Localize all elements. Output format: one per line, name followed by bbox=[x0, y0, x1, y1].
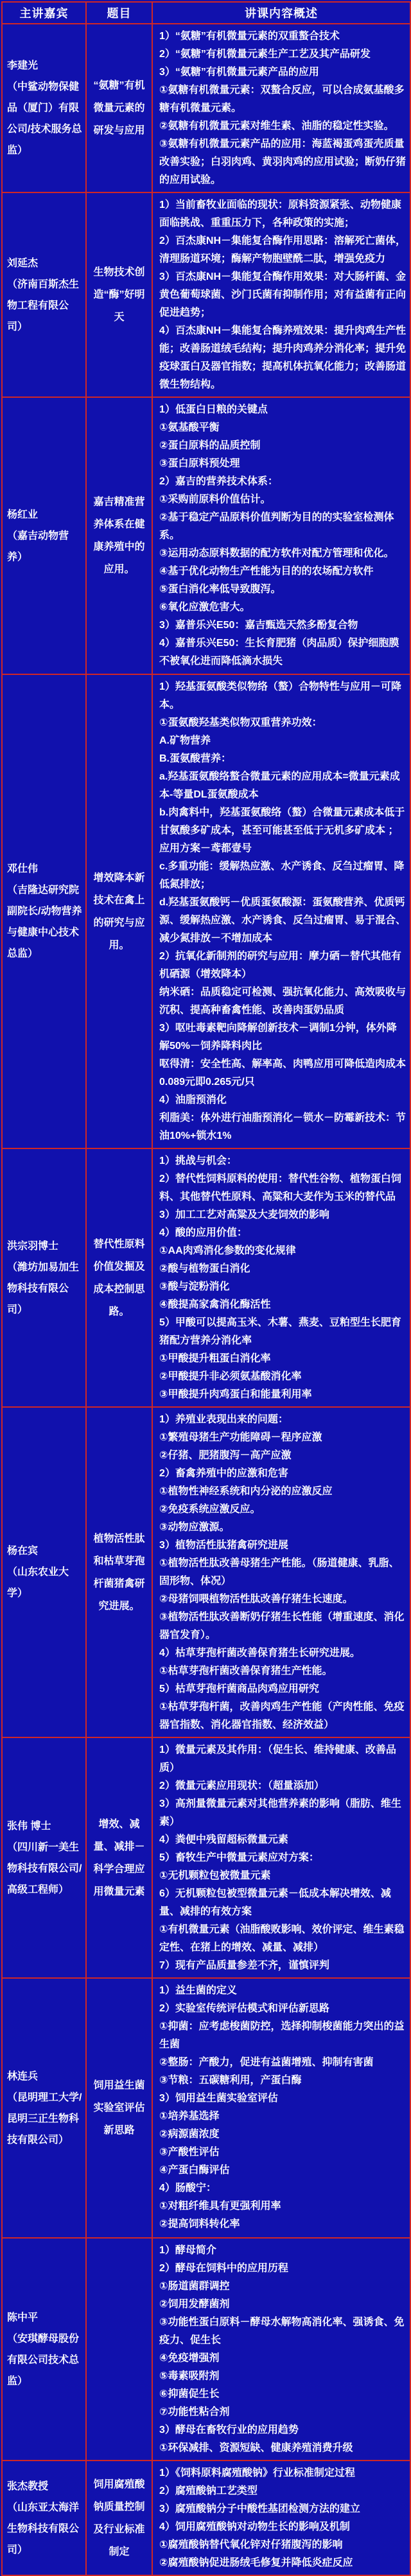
content-line: ③甲酸提升肉鸡蛋白和能量利用率 bbox=[159, 1386, 406, 1404]
content-line: 3）饲用益生菌实验室评估 bbox=[159, 2090, 406, 2108]
content-cell: 1）益生菌的定义2）实验室传统评估模式和评估新思路①抑菌：应考虑梭菌防控，选择抑… bbox=[152, 1978, 410, 2238]
content-line: 2）百杰康NH－集能复合酶作用思路：溶解死亡菌体，清理肠道环境；酶解产物胞壁酰二… bbox=[159, 232, 406, 268]
content-line: ④基于优化动物生产性能为目的的农场配方软件 bbox=[159, 563, 406, 581]
content-cell: 1）微量元素及其作用：（促生长、维持健康、改善品质）2）微量元素应用现状：（超量… bbox=[152, 1737, 410, 1978]
content-line: 1）养殖业表现出来的问题： bbox=[159, 1411, 406, 1429]
content-line: ①环保减排、资源短缺、健康养殖消费升级 bbox=[159, 2439, 406, 2457]
lecture-schedule-table: 主讲嘉宾 题目 讲课内容概述 李建光（中鲨动物保健品（厦门）有限公司/技术服务总… bbox=[1, 1, 411, 2576]
content-line: ②整肠：产酸力，促进有益菌增殖、抑制有害菌 bbox=[159, 2054, 406, 2072]
content-line: 1）微量元素及其作用：（促生长、维持健康、改善品质） bbox=[159, 1741, 406, 1777]
table-row: 陈中平（安琪酵母股份有限公司技术总监）1）酵母简介2）酵母在饲料中的应用历程①肠… bbox=[2, 2238, 410, 2461]
speaker-name: 邓仕伟 bbox=[7, 858, 83, 880]
header-row: 主讲嘉宾 题目 讲课内容概述 bbox=[2, 2, 410, 24]
content-line: ①肠道菌群调控 bbox=[159, 2278, 406, 2296]
table-row: 洪宗羽博士（潍坊加易加生物科技有限公司）替代性原料价值发掘及成本控制思路。1）挑… bbox=[2, 1148, 410, 1407]
speaker-org: （四川新一美生物科技有限公司/高级工程师） bbox=[7, 1837, 83, 1900]
content-line: 2）“氨糖”有机微量元素生产工艺及其产品研发 bbox=[159, 46, 406, 64]
speaker-cell: 张杰教授（山东亚太海洋生物科技有限公司） bbox=[2, 2461, 86, 2575]
content-line: 2）微量元素应用现状：（超量添加） bbox=[159, 1777, 406, 1795]
speaker-org: （嘉吉动物营养） bbox=[7, 525, 83, 568]
header-topic: 题目 bbox=[86, 2, 152, 24]
content-line: ①枯草芽孢杆菌改善保育猪生产性能。 bbox=[159, 1662, 406, 1680]
content-line: 4）油脂预消化 bbox=[159, 1091, 406, 1109]
topic-text: 生物技术创造“酶”好明天 bbox=[89, 261, 150, 328]
content-line: 7）现有产品质量参差不齐，谨慎评判 bbox=[159, 1957, 406, 1975]
table-row: 张伟 博士（四川新一美生物科技有限公司/高级工程师）增效、减量、减排－科学合理应… bbox=[2, 1737, 410, 1978]
content-line: ②蛋白原料的品质控制 bbox=[159, 437, 406, 455]
content-line: 4）嘉普乐兴E50：生长育肥猪（肉品质）保护细胞膜不被氧化进而降低滴水损失 bbox=[159, 635, 406, 670]
content-line: ①枯草芽孢杆菌，改善肉鸡生产性能（产肉性能、免疫器官指数、消化器官指数、经济效益… bbox=[159, 1698, 406, 1734]
content-line: ①甲酸提升粗蛋白消化率 bbox=[159, 1350, 406, 1368]
speaker-org: （安琪酵母股份有限公司技术总监） bbox=[7, 2328, 83, 2392]
content-cell: 1）羟基蛋氨酸类似物络（螯）合物特性与应用－可降本。①蛋氨酸羟基类似物双重营养功… bbox=[152, 674, 410, 1148]
content-line: 5）畜牧生产中微量元素应对方案： bbox=[159, 1849, 406, 1867]
content-line: ①腐殖酸钠替代氧化锌对仔猪腹泻的影响 bbox=[159, 2536, 406, 2554]
table-row: 林连兵（昆明理工大学/昆明三正生物科技有限公司）饲用益生菌实验室评估新思路1）益… bbox=[2, 1978, 410, 2238]
content-line: 2）抗氧化新制剂的研究与应用：摩力硒－替代其他有机硒源（增效降本） bbox=[159, 948, 406, 984]
content-cell: 1）挑战与机会：2）替代性饲料原料的使用：替代性谷物、植物蛋白饲料、其他替代性原… bbox=[152, 1148, 410, 1407]
content-line: ③植物活性肽改善断奶仔猪生长性能（增重速度、消化器官发育）。 bbox=[159, 1608, 406, 1644]
content-line: a.羟基蛋氨酸络螯合微量元素的应用成本=微量元素成本-等量DL蛋氨酸成本 bbox=[159, 768, 406, 804]
content-line: 2）替代性饲料原料的使用：替代性谷物、植物蛋白饲料、其他替代性原料、高粱和大麦作… bbox=[159, 1170, 406, 1206]
speaker-cell: 李建光（中鲨动物保健品（厦门）有限公司/技术服务总监） bbox=[2, 24, 86, 192]
content-line: ①对粗纤维具有更强利用率 bbox=[159, 2197, 406, 2215]
content-line: 1）“氨糖”有机微量元素的双重螯合技术 bbox=[159, 28, 406, 46]
table-body: 李建光（中鲨动物保健品（厦门）有限公司/技术服务总监）“氨糖”有机微量元素的研发… bbox=[2, 24, 410, 2575]
content-line: 3）酵母在畜牧行业的应用趋势 bbox=[159, 2421, 406, 2439]
content-line: ②腐殖酸钠促进肠绒毛修复并降低炎症反应 bbox=[159, 2554, 406, 2572]
speaker-org: （济南百斯杰生物工程有限公司） bbox=[7, 274, 83, 337]
speaker-org: （潍坊加易加生物科技有限公司） bbox=[7, 1257, 83, 1320]
content-line: 1）当前畜牧业面临的现状：原料资源紧张、动物健康面临挑战、重重压力下，各种政策的… bbox=[159, 196, 406, 232]
content-line: 5）甲酸可以提高玉米、木薯、燕麦、豆粕型生长肥育猪配方营养分消化率 bbox=[159, 1314, 406, 1350]
speaker-cell: 张伟 博士（四川新一美生物科技有限公司/高级工程师） bbox=[2, 1737, 86, 1978]
content-line: ⑤蛋白消化率低导致腹泻。 bbox=[159, 581, 406, 599]
speaker-cell: 林连兵（昆明理工大学/昆明三正生物科技有限公司） bbox=[2, 1978, 86, 2238]
content-line: ③运用动态原料数据的配方软件对配方管理和优化。 bbox=[159, 545, 406, 563]
table-row: 刘延杰（济南百斯杰生物工程有限公司）生物技术创造“酶”好明天1）当前畜牧业面临的… bbox=[2, 192, 410, 397]
content-line: 6）无机颗粒包被型微量元素－低成本解决增效、减量、减排的有效方案 bbox=[159, 1885, 406, 1921]
content-line: 4）酸的应用价值： bbox=[159, 1224, 406, 1242]
content-line: A.矿物营养 bbox=[159, 732, 406, 750]
speaker-org: （山东亚太海洋生物科技有限公司） bbox=[7, 2497, 83, 2561]
content-line: 1）《饲料原料腐殖酸钠》行业标准制定过程 bbox=[159, 2464, 406, 2482]
table-row: 李建光（中鲨动物保健品（厦门）有限公司/技术服务总监）“氨糖”有机微量元素的研发… bbox=[2, 24, 410, 192]
topic-cell: 生物技术创造“酶”好明天 bbox=[86, 192, 152, 397]
speaker-name: 林连兵 bbox=[7, 2066, 83, 2087]
content-line: 1）酵母简介 bbox=[159, 2242, 406, 2260]
topic-cell: 饲用益生菌实验室评估新思路 bbox=[86, 1978, 152, 2238]
content-line: 3）嘉普乐兴E50：嘉吉甄选天然多酚复合物 bbox=[159, 617, 406, 635]
table-row: 杨红业（嘉吉动物营养）嘉吉精准营养体系在健康养殖中的应用。1）低蛋白日粮的关键点… bbox=[2, 397, 410, 674]
topic-text: “氨糖”有机微量元素的研发与应用 bbox=[89, 74, 150, 142]
content-line: 3）植物活性肽猪禽研究进展 bbox=[159, 1537, 406, 1555]
topic-text: 饲用腐殖酸钠质量控制及行业标准制定 bbox=[89, 2473, 150, 2563]
content-line: 4）百杰康NH－集能复合酶养殖效果：提升肉鸡生产性能；改善肠道绒毛结构；提升肉鸡… bbox=[159, 322, 406, 394]
content-line: ①氨基酸平衡 bbox=[159, 419, 406, 437]
content-cell: 1）养殖业表现出来的问题：①繁殖母猪生产功能障碍－程序应激②仔猪、肥猪腹泻－高产… bbox=[152, 1407, 410, 1737]
content-line: ②饲用发酵菌剂 bbox=[159, 2296, 406, 2314]
speaker-name: 陈中平 bbox=[7, 2307, 83, 2328]
topic-cell bbox=[86, 2238, 152, 2461]
topic-cell: 饲用腐殖酸钠质量控制及行业标准制定 bbox=[86, 2461, 152, 2575]
content-line: ①采购前原料价值估计。 bbox=[159, 491, 406, 509]
content-line: 纳米硒：品质稳定可检测、强抗氧化能力、高效吸收与沉积、提高种畜禽性能、改善肉蛋奶… bbox=[159, 984, 406, 1019]
content-line: 1）羟基蛋氨酸类似物络（螯）合物特性与应用－可降本。 bbox=[159, 678, 406, 714]
speaker-name: 刘延杰 bbox=[7, 253, 83, 274]
content-line: ②酸与植物蛋白消化 bbox=[159, 1260, 406, 1278]
speaker-cell: 刘延杰（济南百斯杰生物工程有限公司） bbox=[2, 192, 86, 397]
content-line: 1）挑战与机会： bbox=[159, 1152, 406, 1170]
content-line: ③蛋白原料预处理 bbox=[159, 455, 406, 473]
header-summary: 讲课内容概述 bbox=[152, 2, 410, 24]
content-line: ③节粮：五碳糖利用，产蛋白酶 bbox=[159, 2072, 406, 2090]
content-line: ⑤毒素吸附剂 bbox=[159, 2367, 406, 2385]
content-line: b.肉禽料中，羟基蛋氨酸络（螯）合微量元素成本低于甘氨酸多矿成本，甚至可能甚至低… bbox=[159, 804, 406, 858]
topic-cell: 嘉吉精准营养体系在健康养殖中的应用。 bbox=[86, 397, 152, 674]
topic-text: 饲用益生菌实验室评估新思路 bbox=[89, 2074, 150, 2142]
content-line: 1）益生菌的定义 bbox=[159, 1982, 406, 2000]
content-line: ④免疫增强剂 bbox=[159, 2350, 406, 2367]
content-line: B.蛋氨酸营养： bbox=[159, 750, 406, 768]
content-line: ③动物应激源。 bbox=[159, 1519, 406, 1537]
content-line: 2）酵母在饲料中的应用历程 bbox=[159, 2260, 406, 2278]
content-cell: 1）低蛋白日粮的关键点①氨基酸平衡②蛋白原料的品质控制③蛋白原料预处理2）嘉吉的… bbox=[152, 397, 410, 674]
content-line: ⑥氧化应激危害大。 bbox=[159, 599, 406, 617]
speaker-name: 张伟 博士 bbox=[7, 1816, 83, 1837]
content-cell: 1）酵母简介2）酵母在饲料中的应用历程①肠道菌群调控②饲用发酵菌剂③功能性蛋白原… bbox=[152, 2238, 410, 2461]
content-line: 3）腐殖酸钠分子中酸性基团检测方法的建立 bbox=[159, 2500, 406, 2518]
content-line: 2）畜禽养殖中的应激和危害 bbox=[159, 1465, 406, 1483]
table-row: 邓仕伟（吉隆达研究院副院长/动物营养与健康中心技术总监）增效降本新技术在禽上的研… bbox=[2, 674, 410, 1148]
topic-text: 植物活性肽和枯草芽孢杆菌猪禽研究进展。 bbox=[89, 1528, 150, 1617]
speaker-cell: 陈中平（安琪酵母股份有限公司技术总监） bbox=[2, 2238, 86, 2461]
topic-cell: 替代性原料价值发掘及成本控制思路。 bbox=[86, 1148, 152, 1407]
content-line: c.多重功能：缓解热应激、水产诱食、反刍过瘤胃、降低氮排放； bbox=[159, 858, 406, 894]
speaker-cell: 邓仕伟（吉隆达研究院副院长/动物营养与健康中心技术总监） bbox=[2, 674, 86, 1148]
topic-text: 替代性原料价值发掘及成本控制思路。 bbox=[89, 1233, 150, 1323]
content-line: ②提高饲料转化率 bbox=[159, 2215, 406, 2233]
header-speaker: 主讲嘉宾 bbox=[2, 2, 86, 24]
content-line: 呕得清：安全性高、解率高、肉鸭应用可降低造肉成本0.089元即0.265元/只 bbox=[159, 1055, 406, 1091]
content-line: 3）高剂量微量元素对其他营养素的影响（脂肪、维生素） bbox=[159, 1795, 406, 1831]
content-line: 3）“氨糖”有机微量元素产品的应用 bbox=[159, 64, 406, 81]
content-cell: 1）当前畜牧业面临的现状：原料资源紧张、动物健康面临挑战、重重压力下，各种政策的… bbox=[152, 192, 410, 397]
content-line: 4）枯草芽孢杆菌改善保育猪生长研究进展。 bbox=[159, 1644, 406, 1662]
speaker-org: （中鲨动物保健品（厦门）有限公司/技术服务总监） bbox=[7, 76, 83, 161]
topic-text: 增效降本新技术在禽上的研究与应用。 bbox=[89, 867, 150, 957]
content-line: 2）嘉吉的营养技术体系： bbox=[159, 473, 406, 491]
content-line: ⑥抑菌促生长 bbox=[159, 2385, 406, 2403]
content-line: ①培养基选择 bbox=[159, 2108, 406, 2126]
content-line: ②氨糖有机微量元素对维生素、油脂的稳定性实验。 bbox=[159, 117, 406, 135]
content-line: ①氨糖有机微量元素：双螯合反应，可以合成氨基酸多糖有机微量元素。 bbox=[159, 81, 406, 117]
topic-cell: 增效降本新技术在禽上的研究与应用。 bbox=[86, 674, 152, 1148]
table-row: 张杰教授（山东亚太海洋生物科技有限公司）饲用腐殖酸钠质量控制及行业标准制定1）《… bbox=[2, 2461, 410, 2575]
content-line: ②基于稳定产品原料价值判断为目的的实验室检测体系。 bbox=[159, 509, 406, 545]
content-line: 利脂美：体外进行油脂预消化－锁水－防霉新技术：节油10%+锁水1% bbox=[159, 1109, 406, 1145]
content-line: 5）枯草芽孢杆菌商品肉鸡应用研究 bbox=[159, 1680, 406, 1698]
content-line: 1）低蛋白日粮的关键点 bbox=[159, 401, 406, 419]
speaker-cell: 杨在宾（山东农业大学） bbox=[2, 1407, 86, 1737]
speaker-org: （昆明理工大学/昆明三正生物科技有限公司） bbox=[7, 2087, 83, 2151]
content-line: ②母猪饲喂植物活性肽改善仔猪生长速度。 bbox=[159, 1591, 406, 1608]
speaker-cell: 洪宗羽博士（潍坊加易加生物科技有限公司） bbox=[2, 1148, 86, 1407]
content-line: d.羟基蛋氨酸钙－优质蛋氨酸源：蛋氨酸营养、优质钙源、缓解热应激、水产诱食、反刍… bbox=[159, 894, 406, 948]
content-line: ④酸提高家禽消化酶活性 bbox=[159, 1296, 406, 1314]
content-line: ②病源菌浓度 bbox=[159, 2126, 406, 2144]
content-cell: 1）“氨糖”有机微量元素的双重螯合技术2）“氨糖”有机微量元素生产工艺及其产品研… bbox=[152, 24, 410, 192]
content-line: 4）粪便中残留超标微量元素 bbox=[159, 1831, 406, 1849]
content-line: 4）饲用腐殖酸钠对动物生长的影响及机制 bbox=[159, 2518, 406, 2536]
content-line: ①无机颗粒包被微量元素 bbox=[159, 1867, 406, 1885]
speaker-cell: 杨红业（嘉吉动物营养） bbox=[2, 397, 86, 674]
content-line: ④产蛋白酶评估 bbox=[159, 2162, 406, 2179]
topic-cell: 植物活性肽和枯草芽孢杆菌猪禽研究进展。 bbox=[86, 1407, 152, 1737]
content-line: 2）实验室传统评估模式和评估新思路 bbox=[159, 2000, 406, 2018]
table-row: 杨在宾（山东农业大学）植物活性肽和枯草芽孢杆菌猪禽研究进展。1）养殖业表现出来的… bbox=[2, 1407, 410, 1737]
content-line: ③酸与淀粉消化 bbox=[159, 1278, 406, 1296]
content-line: ①植物性神经系统和内分泌的应激反应 bbox=[159, 1483, 406, 1501]
speaker-org: （山东农业大学） bbox=[7, 1562, 83, 1604]
content-line: ②甲酸提升非必须氨基酸消化率 bbox=[159, 1368, 406, 1386]
topic-cell: 增效、减量、减排－科学合理应用微量元素 bbox=[86, 1737, 152, 1978]
content-line: ②免疫系统应激反应。 bbox=[159, 1501, 406, 1519]
content-line: ①植物活性肽改善母猪生产性能。（肠道健康、乳脂、固形物、体况） bbox=[159, 1555, 406, 1591]
topic-text: 嘉吉精准营养体系在健康养殖中的应用。 bbox=[89, 491, 150, 581]
topic-cell: “氨糖”有机微量元素的研发与应用 bbox=[86, 24, 152, 192]
content-line: ③产酸性评估 bbox=[159, 2144, 406, 2162]
content-line: 2）腐殖酸钠工艺类型 bbox=[159, 2482, 406, 2500]
speaker-name: 张杰教授 bbox=[7, 2476, 83, 2497]
content-line: ①有机微量元素（油脂酸败影响、效价评定、维生素稳定性、在猪上的增效、减量、减排） bbox=[159, 1921, 406, 1957]
content-line: ①蛋氨酸羟基类似物双重营养功效： bbox=[159, 714, 406, 732]
content-line: ②仔猪、肥猪腹泻－高产应激 bbox=[159, 1447, 406, 1465]
speaker-name: 洪宗羽博士 bbox=[7, 1236, 83, 1257]
content-line: 3）呕吐毒素靶向降解创新技术－调制1分钟，体外降解50%－饲养降料肉比 bbox=[159, 1019, 406, 1055]
speaker-name: 李建光 bbox=[7, 55, 83, 76]
content-line: ①AA肉鸡消化参数的变化规律 bbox=[159, 1242, 406, 1260]
content-line: ①繁殖母猪生产功能障碍－程序应激 bbox=[159, 1429, 406, 1447]
content-line: ③功能性蛋白原料－酵母水解物高消化率、强诱食、免疫力、促生长 bbox=[159, 2314, 406, 2350]
speaker-org: （吉隆达研究院副院长/动物营养与健康中心技术总监） bbox=[7, 880, 83, 964]
content-line: 3）百杰康NH－集能复合酶作用效果：对大肠杆菌、金黄色葡萄球菌、沙门氏菌有抑制作… bbox=[159, 268, 406, 322]
content-line: ③氨糖有机微量元素产品的应用：海蓝褐蛋鸡蛋壳质量改善实验；白羽肉鸡、黄羽肉鸡的应… bbox=[159, 135, 406, 189]
content-line: ⑦功能性粘合剂 bbox=[159, 2403, 406, 2421]
content-line: 4）肠酸宁： bbox=[159, 2179, 406, 2197]
content-line: ①抑菌：应考虑梭菌防控，选择抑制梭菌能力突出的益生菌 bbox=[159, 2018, 406, 2054]
content-cell: 1）《饲料原料腐殖酸钠》行业标准制定过程2）腐殖酸钠工艺类型3）腐殖酸钠分子中酸… bbox=[152, 2461, 410, 2575]
speaker-name: 杨在宾 bbox=[7, 1540, 83, 1562]
content-line: 3）加工工艺对高粱及大麦饲效的影响 bbox=[159, 1206, 406, 1224]
speaker-name: 杨红业 bbox=[7, 504, 83, 525]
topic-text: 增效、减量、减排－科学合理应用微量元素 bbox=[89, 1813, 150, 1903]
